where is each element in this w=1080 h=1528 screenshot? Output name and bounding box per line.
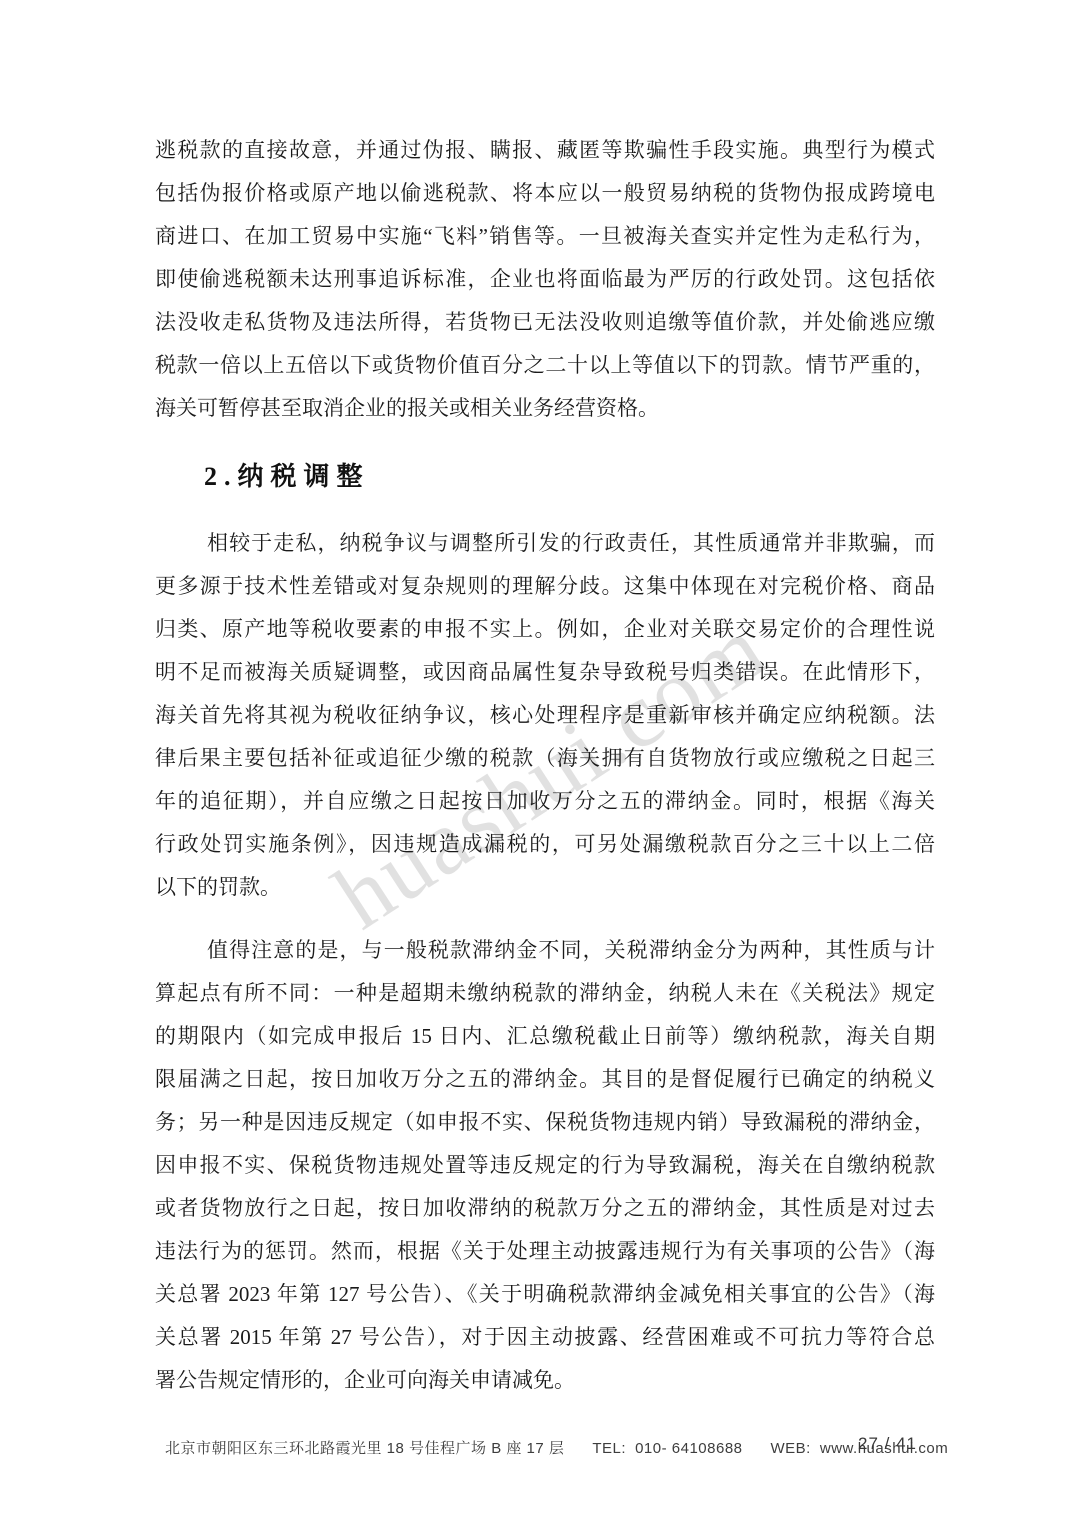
tel-label: TEL: xyxy=(592,1440,626,1457)
page-number: 27 / 41 xyxy=(858,1434,917,1454)
text-line: 署公告规定情形的，企业可向海关申请减免。 xyxy=(155,1359,935,1402)
text-line: 明不足而被海关质疑调整，或因商品属性复杂导致税号归类错误。在此情形下， xyxy=(155,651,935,694)
paragraph-smuggling-continuation: 逃税款的直接故意，并通过伪报、瞒报、藏匿等欺骗性手段实施。典型行为模式 包括伪报… xyxy=(155,129,935,430)
section-heading: 2.纳税调整 xyxy=(155,455,935,498)
text-line: 关总署 2023 年第 127 号公告）、《关于明确税款滞纳金减免相关事宜的公告… xyxy=(155,1273,935,1316)
text-line: 更多源于技术性差错或对复杂规则的理解分歧。这集中体现在对完税价格、商品 xyxy=(155,565,935,608)
text-line: 限届满之日起，按日加收万分之五的滞纳金。其目的是督促履行已确定的纳税义 xyxy=(155,1058,935,1101)
tel-number: 010- 64108688 xyxy=(635,1440,742,1457)
text-line: 税款一倍以上五倍以下或货物价值百分之二十以上等值以下的罚款。情节严重的， xyxy=(155,344,935,387)
text-line: 相较于走私，纳税争议与调整所引发的行政责任，其性质通常并非欺骗，而 xyxy=(155,522,935,565)
text-line: 务；另一种是因违反规定（如申报不实、保税货物违规内销）导致漏税的滞纳金， xyxy=(155,1101,935,1144)
text-line: 归类、原产地等税收要素的申报不实上。例如，企业对关联交易定价的合理性说 xyxy=(155,608,935,651)
page-footer: 北京市朝阳区东三环北路霞光里 18 号佳程广场 B 座 17 层 TEL:010… xyxy=(165,1437,976,1458)
text-line: 逃税款的直接故意，并通过伪报、瞒报、藏匿等欺骗性手段实施。典型行为模式 xyxy=(155,129,935,172)
document-page: huashui.com 逃税款的直接故意，并通过伪报、瞒报、藏匿等欺骗性手段实施… xyxy=(0,0,1080,1528)
page-content: 逃税款的直接故意，并通过伪报、瞒报、藏匿等欺骗性手段实施。典型行为模式 包括伪报… xyxy=(155,129,935,1422)
text-line: 海关首先将其视为税收征纳争议，核心处理程序是重新审核并确定应纳税额。法 xyxy=(155,694,935,737)
text-line: 算起点有所不同：一种是超期未缴纳税款的滞纳金，纳税人未在《关税法》规定 xyxy=(155,972,935,1015)
footer-tel: TEL:010- 64108688 xyxy=(592,1440,742,1457)
text-line: 包括伪报价格或原产地以偷逃税款、将本应以一般贸易纳税的货物伪报成跨境电 xyxy=(155,172,935,215)
text-line: 海关可暂停甚至取消企业的报关或相关业务经营资格。 xyxy=(155,387,935,430)
text-line: 关总署 2015 年第 27 号公告），对于因主动披露、经营困难或不可抗力等符合… xyxy=(155,1316,935,1359)
text-line: 因申报不实、保税货物违规处置等违反规定的行为导致漏税，海关在自缴纳税款 xyxy=(155,1144,935,1187)
text-line: 即使偷逃税额未达刑事追诉标准，企业也将面临最为严厉的行政处罚。这包括依 xyxy=(155,258,935,301)
text-line: 商进口、在加工贸易中实施“飞料”销售等。一旦被海关查实并定性为走私行为， xyxy=(155,215,935,258)
text-line: 值得注意的是，与一般税款滞纳金不同，关税滞纳金分为两种，其性质与计 xyxy=(155,929,935,972)
text-line: 违法行为的惩罚。然而，根据《关于处理主动披露违规行为有关事项的公告》（海 xyxy=(155,1230,935,1273)
text-line: 的期限内（如完成申报后 15 日内、汇总缴税截止日前等）缴纳税款，海关自期 xyxy=(155,1015,935,1058)
text-line: 或者货物放行之日起，按日加收滞纳的税款万分之五的滞纳金，其性质是对过去 xyxy=(155,1187,935,1230)
footer-address: 北京市朝阳区东三环北路霞光里 18 号佳程广场 B 座 17 层 xyxy=(165,1437,564,1458)
text-line: 行政处罚实施条例》，因违规造成漏税的，可另处漏缴税款百分之三十以上二倍 xyxy=(155,823,935,866)
text-line: 年的追征期），并自应缴之日起按日加收万分之五的滞纳金。同时，根据《海关 xyxy=(155,780,935,823)
paragraph-tax-adjustment: 相较于走私，纳税争议与调整所引发的行政责任，其性质通常并非欺骗，而 更多源于技术… xyxy=(155,522,935,909)
text-line: 法没收走私货物及违法所得，若货物已无法没收则追缴等值价款，并处偷逃应缴 xyxy=(155,301,935,344)
paragraph-late-payment-surcharge: 值得注意的是，与一般税款滞纳金不同，关税滞纳金分为两种，其性质与计 算起点有所不… xyxy=(155,929,935,1402)
web-label: WEB: xyxy=(771,1440,811,1457)
text-line: 律后果主要包括补征或追征少缴的税款（海关拥有自货物放行或应缴税之日起三 xyxy=(155,737,935,780)
text-line: 以下的罚款。 xyxy=(155,866,935,909)
